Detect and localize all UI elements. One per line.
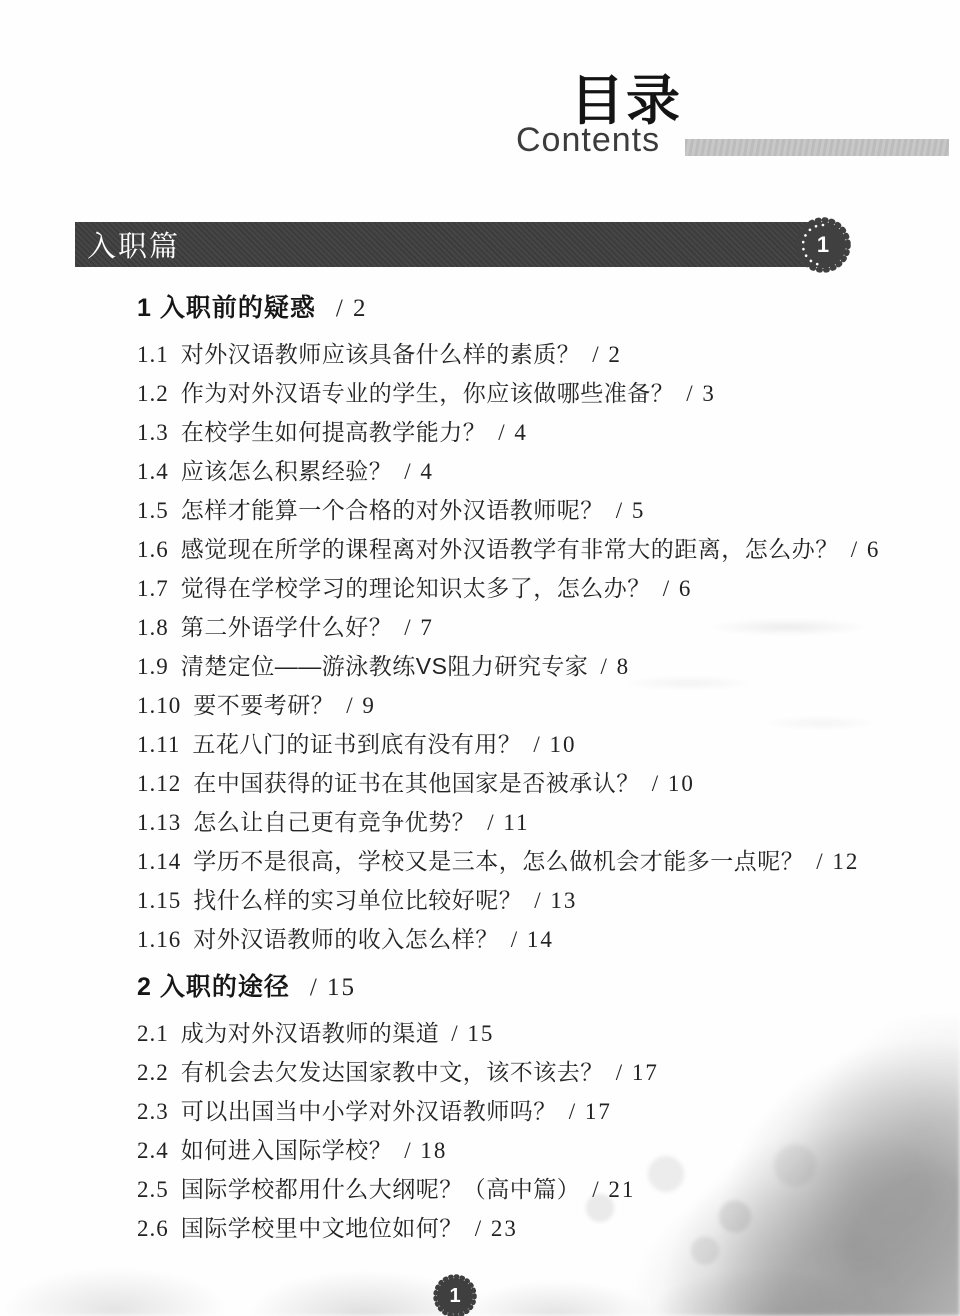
entry-title: 国际学校里中文地位如何？ (181, 1215, 463, 1241)
entry-page-ref: / 14 (511, 927, 554, 952)
part-number: 1 (791, 213, 855, 277)
toc-entry: 1.8第二外语学什么好？/ 7 (137, 608, 924, 647)
entry-title: 感觉现在所学的课程离对外汉语教学有非常大的距离，怎么办？ (181, 536, 839, 562)
entry-page-ref: / 7 (404, 615, 434, 640)
section-heading: 2 入职的途径 / 15 (137, 967, 924, 1008)
toc-entry: 1.11五花八门的证书到底有没有用？/ 10 (137, 725, 924, 764)
entry-page-ref: / 23 (475, 1216, 518, 1241)
toc-entry: 2.2有机会去欠发达国家教中文，该不该去？/ 17 (137, 1053, 924, 1092)
toc-entry: 1.16对外汉语教师的收入怎么样？/ 14 (137, 920, 924, 959)
section-page-ref: / 2 (336, 295, 368, 322)
entry-number: 1.2 (137, 381, 169, 406)
section-entries: 1.1对外汉语教师应该具备什么样的素质？/ 21.2作为对外汉语专业的学生，你应… (137, 335, 924, 959)
entry-title: 要不要考研？ (193, 692, 334, 718)
entry-title: 怎样才能算一个合格的对外汉语教师呢？ (181, 497, 604, 523)
entry-page-ref: / 6 (663, 576, 693, 601)
toc-entry: 1.5怎样才能算一个合格的对外汉语教师呢？/ 5 (137, 491, 924, 530)
entry-number: 1.16 (137, 927, 181, 952)
page-number-badge: 1 (430, 1271, 480, 1316)
part-number-badge: 1 (791, 213, 855, 277)
entry-page-ref: / 17 (616, 1060, 659, 1085)
entry-number: 1.10 (137, 693, 181, 718)
entry-title: 觉得在学校学习的理论知识太多了，怎么办？ (181, 575, 651, 601)
entry-number: 1.11 (137, 732, 180, 757)
entry-page-ref: / 12 (816, 849, 859, 874)
toc-entry: 1.3在校学生如何提高教学能力？/ 4 (137, 413, 924, 452)
entry-title: 怎么让自己更有竞争优势？ (193, 809, 475, 835)
entry-page-ref: / 4 (404, 459, 434, 484)
toc-entry: 1.10要不要考研？/ 9 (137, 686, 924, 725)
entry-title: 在校学生如何提高教学能力？ (181, 419, 487, 445)
entry-page-ref: / 9 (346, 693, 376, 718)
title-decorative-bar (685, 139, 949, 156)
toc-entry: 1.9清楚定位——游泳教练VS阻力研究专家/ 8 (137, 647, 924, 686)
toc-entry: 1.14学历不是很高，学校又是三本，怎么做机会才能多一点呢？/ 12 (137, 842, 924, 881)
entry-number: 1.5 (137, 498, 169, 523)
toc-entry: 1.7觉得在学校学习的理论知识太多了，怎么办？/ 6 (137, 569, 924, 608)
part-banner: 入职篇 (75, 222, 817, 267)
entry-page-ref: / 11 (487, 810, 529, 835)
entry-title: 可以出国当中小学对外汉语教师吗？ (181, 1098, 557, 1124)
entry-number: 1.4 (137, 459, 169, 484)
entry-number: 2.4 (137, 1138, 169, 1163)
entry-page-ref: / 21 (592, 1177, 635, 1202)
part-banner-label: 入职篇 (75, 224, 180, 265)
entry-page-ref: / 15 (451, 1021, 494, 1046)
entry-page-ref: / 6 (851, 537, 881, 562)
toc-entry: 1.4应该怎么积累经验？/ 4 (137, 452, 924, 491)
entry-page-ref: / 10 (652, 771, 695, 796)
toc-entry: 2.5国际学校都用什么大纲呢？（高中篇）/ 21 (137, 1170, 924, 1209)
entry-title: 清楚定位——游泳教练VS阻力研究专家 (181, 653, 589, 679)
entry-number: 2.2 (137, 1060, 169, 1085)
entry-page-ref: / 10 (533, 732, 576, 757)
entry-title: 对外汉语教师的收入怎么样？ (193, 926, 499, 952)
entry-page-ref: / 3 (686, 381, 716, 406)
entry-title: 在中国获得的证书在其他国家是否被承认？ (193, 770, 640, 796)
entry-page-ref: / 8 (600, 654, 630, 679)
entry-number: 1.13 (137, 810, 181, 835)
entry-page-ref: / 2 (592, 342, 622, 367)
entry-number: 1.9 (137, 654, 169, 679)
entry-number: 1.8 (137, 615, 169, 640)
page-number: 1 (430, 1271, 480, 1316)
section-page-ref: / 15 (310, 974, 356, 1001)
entry-page-ref: / 5 (616, 498, 646, 523)
toc-entry: 1.13怎么让自己更有竞争优势？/ 11 (137, 803, 924, 842)
entry-number: 1.1 (137, 342, 169, 367)
toc-entry: 1.2作为对外汉语专业的学生，你应该做哪些准备？/ 3 (137, 374, 924, 413)
toc-entry: 2.4如何进入国际学校？/ 18 (137, 1131, 924, 1170)
entry-number: 2.5 (137, 1177, 169, 1202)
toc-entry: 1.12在中国获得的证书在其他国家是否被承认？/ 10 (137, 764, 924, 803)
page-title-english: Contents (516, 122, 660, 159)
section-entries: 2.1成为对外汉语教师的渠道/ 152.2有机会去欠发达国家教中文，该不该去？/… (137, 1014, 924, 1248)
entry-number: 2.6 (137, 1216, 169, 1241)
entry-title: 国际学校都用什么大纲呢？（高中篇） (181, 1176, 581, 1202)
entry-number: 2.3 (137, 1099, 169, 1124)
entry-title: 找什么样的实习单位比较好呢？ (193, 887, 522, 913)
entry-title: 五花八门的证书到底有没有用？ (192, 731, 521, 757)
entry-page-ref: / 18 (404, 1138, 447, 1163)
toc-entry: 2.3可以出国当中小学对外汉语教师吗？/ 17 (137, 1092, 924, 1131)
section-title: 1 入职前的疑惑 (137, 294, 316, 322)
toc-entry: 1.6感觉现在所学的课程离对外汉语教学有非常大的距离，怎么办？/ 6 (137, 530, 924, 569)
entry-title: 第二外语学什么好？ (181, 614, 393, 640)
entry-number: 1.12 (137, 771, 181, 796)
section-heading: 1 入职前的疑惑 / 2 (137, 288, 924, 329)
entry-title: 有机会去欠发达国家教中文，该不该去？ (181, 1059, 604, 1085)
entry-number: 1.3 (137, 420, 169, 445)
entry-number: 1.14 (137, 849, 181, 874)
entry-page-ref: / 4 (498, 420, 528, 445)
page-title-chinese: 目录 (570, 74, 682, 128)
entry-number: 1.6 (137, 537, 169, 562)
entry-title: 如何进入国际学校？ (181, 1137, 393, 1163)
entry-page-ref: / 13 (534, 888, 577, 913)
toc: 1 入职前的疑惑 / 21.1对外汉语教师应该具备什么样的素质？/ 21.2作为… (137, 288, 924, 1250)
entry-title: 学历不是很高，学校又是三本，怎么做机会才能多一点呢？ (193, 848, 804, 874)
entry-title: 成为对外汉语教师的渠道 (181, 1020, 440, 1046)
toc-entry: 2.1成为对外汉语教师的渠道/ 15 (137, 1014, 924, 1053)
toc-page: 目录 Contents 入职篇 1 1 入职前的疑惑 / 21.1对外汉语教师应… (0, 0, 960, 1316)
entry-number: 1.7 (137, 576, 169, 601)
entry-title: 作为对外汉语专业的学生，你应该做哪些准备？ (181, 380, 675, 406)
toc-entry: 1.15找什么样的实习单位比较好呢？/ 13 (137, 881, 924, 920)
section-title: 2 入职的途径 (137, 973, 290, 1001)
entry-number: 2.1 (137, 1021, 169, 1046)
entry-page-ref: / 17 (569, 1099, 612, 1124)
toc-entry: 1.1对外汉语教师应该具备什么样的素质？/ 2 (137, 335, 924, 374)
entry-number: 1.15 (137, 888, 181, 913)
entry-title: 应该怎么积累经验？ (181, 458, 393, 484)
entry-title: 对外汉语教师应该具备什么样的素质？ (181, 341, 581, 367)
toc-entry: 2.6国际学校里中文地位如何？/ 23 (137, 1209, 924, 1248)
